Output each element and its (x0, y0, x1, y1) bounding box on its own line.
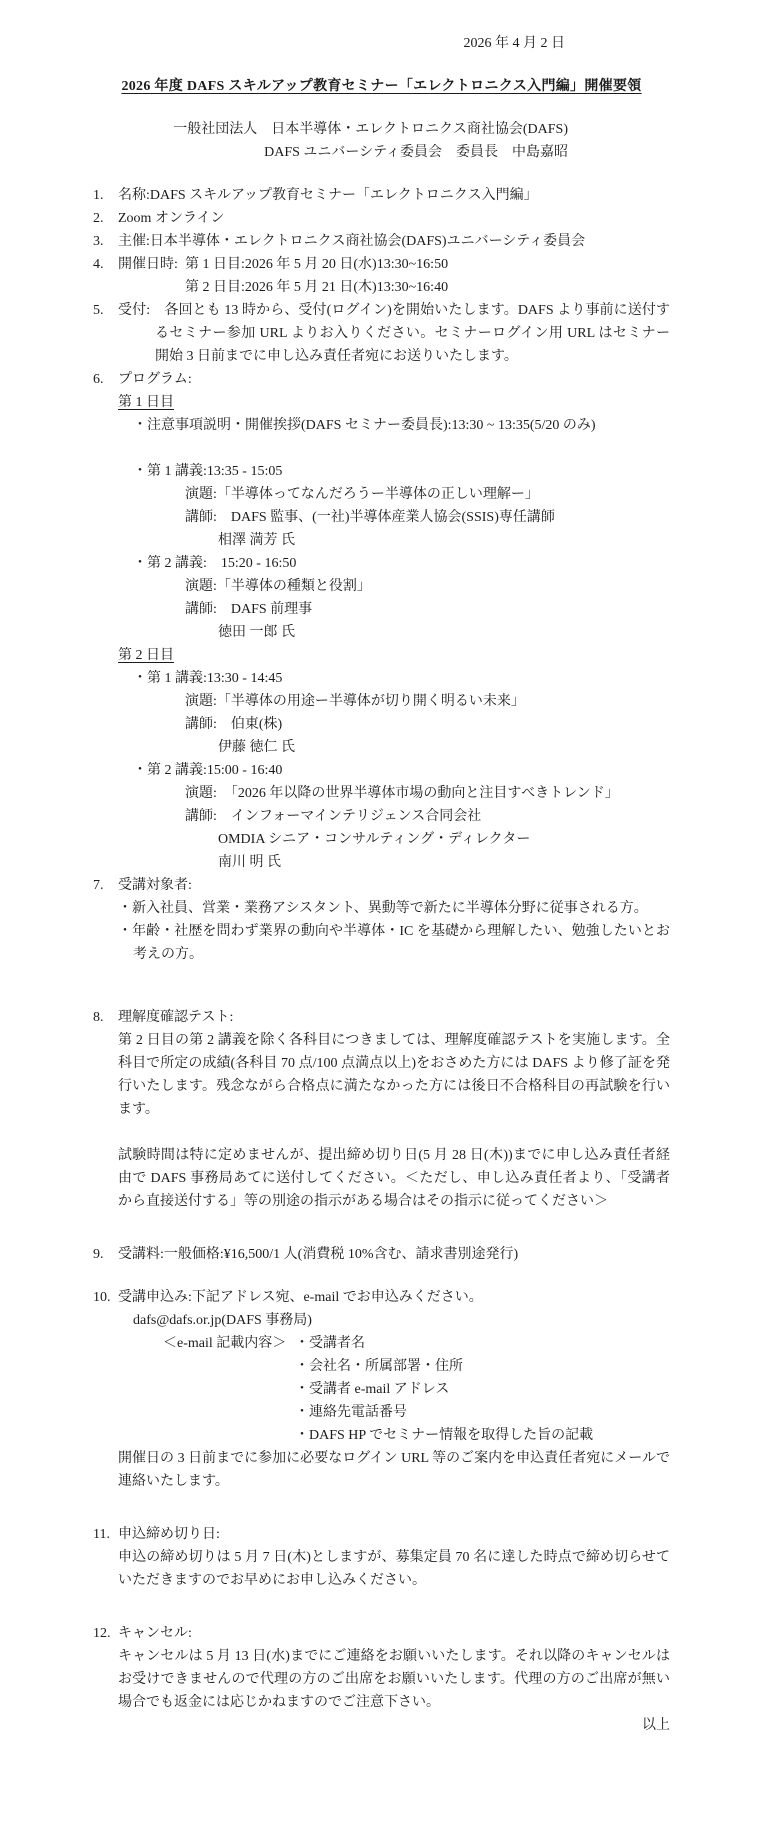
item-2-platform: 2. Zoom オンライン (93, 207, 670, 230)
item-12-label: キャンセル: (118, 1622, 670, 1645)
email-content-row: ＜e-mail 記載内容＞ ・受講者名 (163, 1332, 670, 1355)
issuer-block: 一般社団法人 日本半導体・エレクトロニクス商社協会(DAFS) DAFS ユニバ… (93, 118, 670, 164)
email-item-1: ・受講者名 (295, 1332, 365, 1355)
day2-lecture2-lecturer: 講師: インフォーマインテリジェンス合同会社 (185, 805, 670, 828)
day1-lecture1-time: ・第 1 講義:13:35 - 15:05 (133, 460, 670, 483)
item-8-test: 8. 理解度確認テスト: (93, 1006, 670, 1029)
item-1-name: 1. 名称:DAFS スキルアップ教育セミナー「エレクトロニクス入門編」 (93, 184, 670, 207)
document-page: 2026 年 4 月 2 日 2026 年度 DAFS スキルアップ教育セミナー… (0, 0, 760, 1834)
item-8-paragraph-2: 試験時間は特に定めませんが、提出締め切り日(5 月 28 日(木))までに申し込… (118, 1144, 670, 1213)
application-email-address: dafs@dafs.or.jp(DAFS 事務局) (133, 1309, 670, 1332)
day2-lecture2-time: ・第 2 講義:15:00 - 16:40 (133, 759, 670, 782)
item-10-number: 10. (93, 1286, 118, 1309)
spacer (93, 437, 670, 460)
day1-lecture1-name: 相澤 満芳 氏 (218, 529, 670, 552)
item-8-paragraph-1: 第 2 日目の第 2 講義を除く各科目につきましては、理解度確認テストを実施しま… (118, 1029, 670, 1121)
item-4-number: 4. (93, 253, 118, 276)
item-6-number: 6. (93, 368, 118, 391)
item-2-number: 2. (93, 207, 118, 230)
spacer (93, 1266, 670, 1286)
document-date: 2026 年 4 月 2 日 (93, 32, 670, 55)
day1-lecture2-name: 徳田 一郎 氏 (218, 621, 670, 644)
day2-lecture1-time: ・第 1 講義:13:30 - 14:45 (133, 667, 670, 690)
item-5-number: 5. (93, 299, 118, 368)
day1-lecture2-theme: 演題:「半導体の種類と役割」 (185, 575, 670, 598)
email-content-label: ＜e-mail 記載内容＞ (163, 1332, 295, 1355)
email-item-2: ・会社名・所属部署・住所 (295, 1355, 670, 1378)
committee-chair-line: DAFS ユニバーシティ委員会 委員長 中島嘉昭 (93, 141, 568, 164)
item-1-text: 名称:DAFS スキルアップ教育セミナー「エレクトロニクス入門編」 (118, 184, 670, 207)
item-4-day1: 第 1 日目:2026 年 5 月 20 日(水)13:30~16:50 (185, 257, 448, 272)
day1-lecture1-theme: 演題:「半導体ってなんだろうー半導体の正しい理解ー」 (185, 483, 670, 506)
day1-lecture2-time: ・第 2 講義: 15:20 - 16:50 (133, 552, 670, 575)
item-4-schedule: 4. 開催日時:第 1 日目:2026 年 5 月 20 日(水)13:30~1… (93, 253, 670, 276)
day2-lecture2-theme: 演題: 「2026 年以降の世界半導体市場の動向と注目すべきトレンド」 (185, 782, 670, 805)
day1-lecture1-lecturer: 講師: DAFS 監事、(一社)半導体産業人協会(SSIS)専任講師 (185, 506, 670, 529)
item-2-text: Zoom オンライン (118, 207, 670, 230)
email-item-3: ・受講者 e-mail アドレス (295, 1378, 670, 1401)
day1-lecture2-lecturer: 講師: DAFS 前理事 (185, 598, 670, 621)
item-3-organizer: 3. 主催:日本半導体・エレクトロニクス商社協会(DAFS)ユニバーシティ委員会 (93, 230, 670, 253)
spacer (93, 1213, 670, 1243)
item-11-deadline: 11. 申込締め切り日: (93, 1523, 670, 1546)
item-5-text: 受付: 各回とも 13 時から、受付(ログイン)を開始いたします。DAFS より… (118, 299, 670, 368)
item-7-label: 受講対象者: (118, 874, 670, 897)
spacer (93, 966, 670, 1006)
item-4-day2: 第 2 日目:2026 年 5 月 21 日(木)13:30~16:40 (185, 276, 670, 299)
email-item-4: ・連絡先電話番号 (295, 1401, 670, 1424)
item-4-label: 開催日時: (118, 253, 185, 276)
day2-lecture1-name: 伊藤 徳仁 氏 (218, 736, 670, 759)
item-7-audience: 7. 受講対象者: (93, 874, 670, 897)
email-item-5: ・DAFS HP でセミナー情報を取得した旨の記載 (295, 1424, 670, 1447)
item-7-bullet-2: ・年齢・社歴を問わず業界の動向や半導体・IC を基礎から理解したい、勉強したいと… (118, 920, 670, 966)
day2-lecture1-lecturer: 講師: 伯東(株) (185, 713, 670, 736)
spacer (93, 1121, 670, 1144)
item-5-reception: 5. 受付: 各回とも 13 時から、受付(ログイン)を開始いたします。DAFS… (93, 299, 670, 368)
item-9-fee: 9. 受講料:一般価格:¥16,500/1 人(消費税 10%含む、請求書別途発… (93, 1243, 670, 1266)
day2-lecture2-title: OMDIA シニア・コンサルティング・ディレクター (218, 828, 670, 851)
item-8-number: 8. (93, 1006, 118, 1029)
item-1-number: 1. (93, 184, 118, 207)
item-10-application: 10. 受講申込み:下記アドレス宛、e-mail でお申込みください。 (93, 1286, 670, 1309)
item-10-label: 受講申込み:下記アドレス宛、e-mail でお申込みください。 (118, 1286, 670, 1309)
day2-lecture1-theme: 演題:「半導体の用途ー半導体が切り開く明るい未来」 (185, 690, 670, 713)
item-3-number: 3. (93, 230, 118, 253)
item-6-label: プログラム: (118, 368, 670, 391)
item-12-number: 12. (93, 1622, 118, 1645)
document-title: 2026 年度 DAFS スキルアップ教育セミナー「エレクトロニクス入門編」開催… (93, 75, 670, 98)
program-day1-heading: 第 1 日目 (118, 391, 670, 414)
item-3-text: 主催:日本半導体・エレクトロニクス商社協会(DAFS)ユニバーシティ委員会 (118, 230, 670, 253)
closing-ijou: 以上 (93, 1714, 670, 1737)
spacer (93, 1592, 670, 1622)
item-12-cancel: 12. キャンセル: (93, 1622, 670, 1645)
item-11-label: 申込締め切り日: (118, 1523, 670, 1546)
item-11-number: 11. (93, 1523, 118, 1546)
program-day2-heading: 第 2 日目 (118, 644, 670, 667)
item-8-label: 理解度確認テスト: (118, 1006, 670, 1029)
item-11-paragraph: 申込の締め切りは 5 月 7 日(木)としますが、募集定員 70 名に達した時点… (118, 1546, 670, 1592)
organization-name: 一般社団法人 日本半導体・エレクトロニクス商社協会(DAFS) (93, 118, 568, 141)
item-6-program: 6. プログラム: (93, 368, 670, 391)
item-10-note: 開催日の 3 日前までに参加に必要なログイン URL 等のご案内を申込責任者宛に… (118, 1447, 670, 1493)
item-9-text: 受講料:一般価格:¥16,500/1 人(消費税 10%含む、請求書別途発行) (118, 1243, 670, 1266)
item-12-paragraph: キャンセルは 5 月 13 日(水)までにご連絡をお願いいたします。それ以降のキ… (118, 1645, 670, 1714)
item-7-number: 7. (93, 874, 118, 897)
day2-lecture2-name: 南川 明 氏 (218, 851, 670, 874)
spacer (93, 1493, 670, 1523)
item-9-number: 9. (93, 1243, 118, 1266)
item-7-bullet-1: ・新入社員、営業・業務アシスタント、異動等で新たに半導体分野に従事される方。 (118, 897, 670, 920)
day1-opening-remarks: ・注意事項説明・開催挨拶(DAFS セミナー委員長):13:30 ~ 13:35… (133, 414, 670, 437)
